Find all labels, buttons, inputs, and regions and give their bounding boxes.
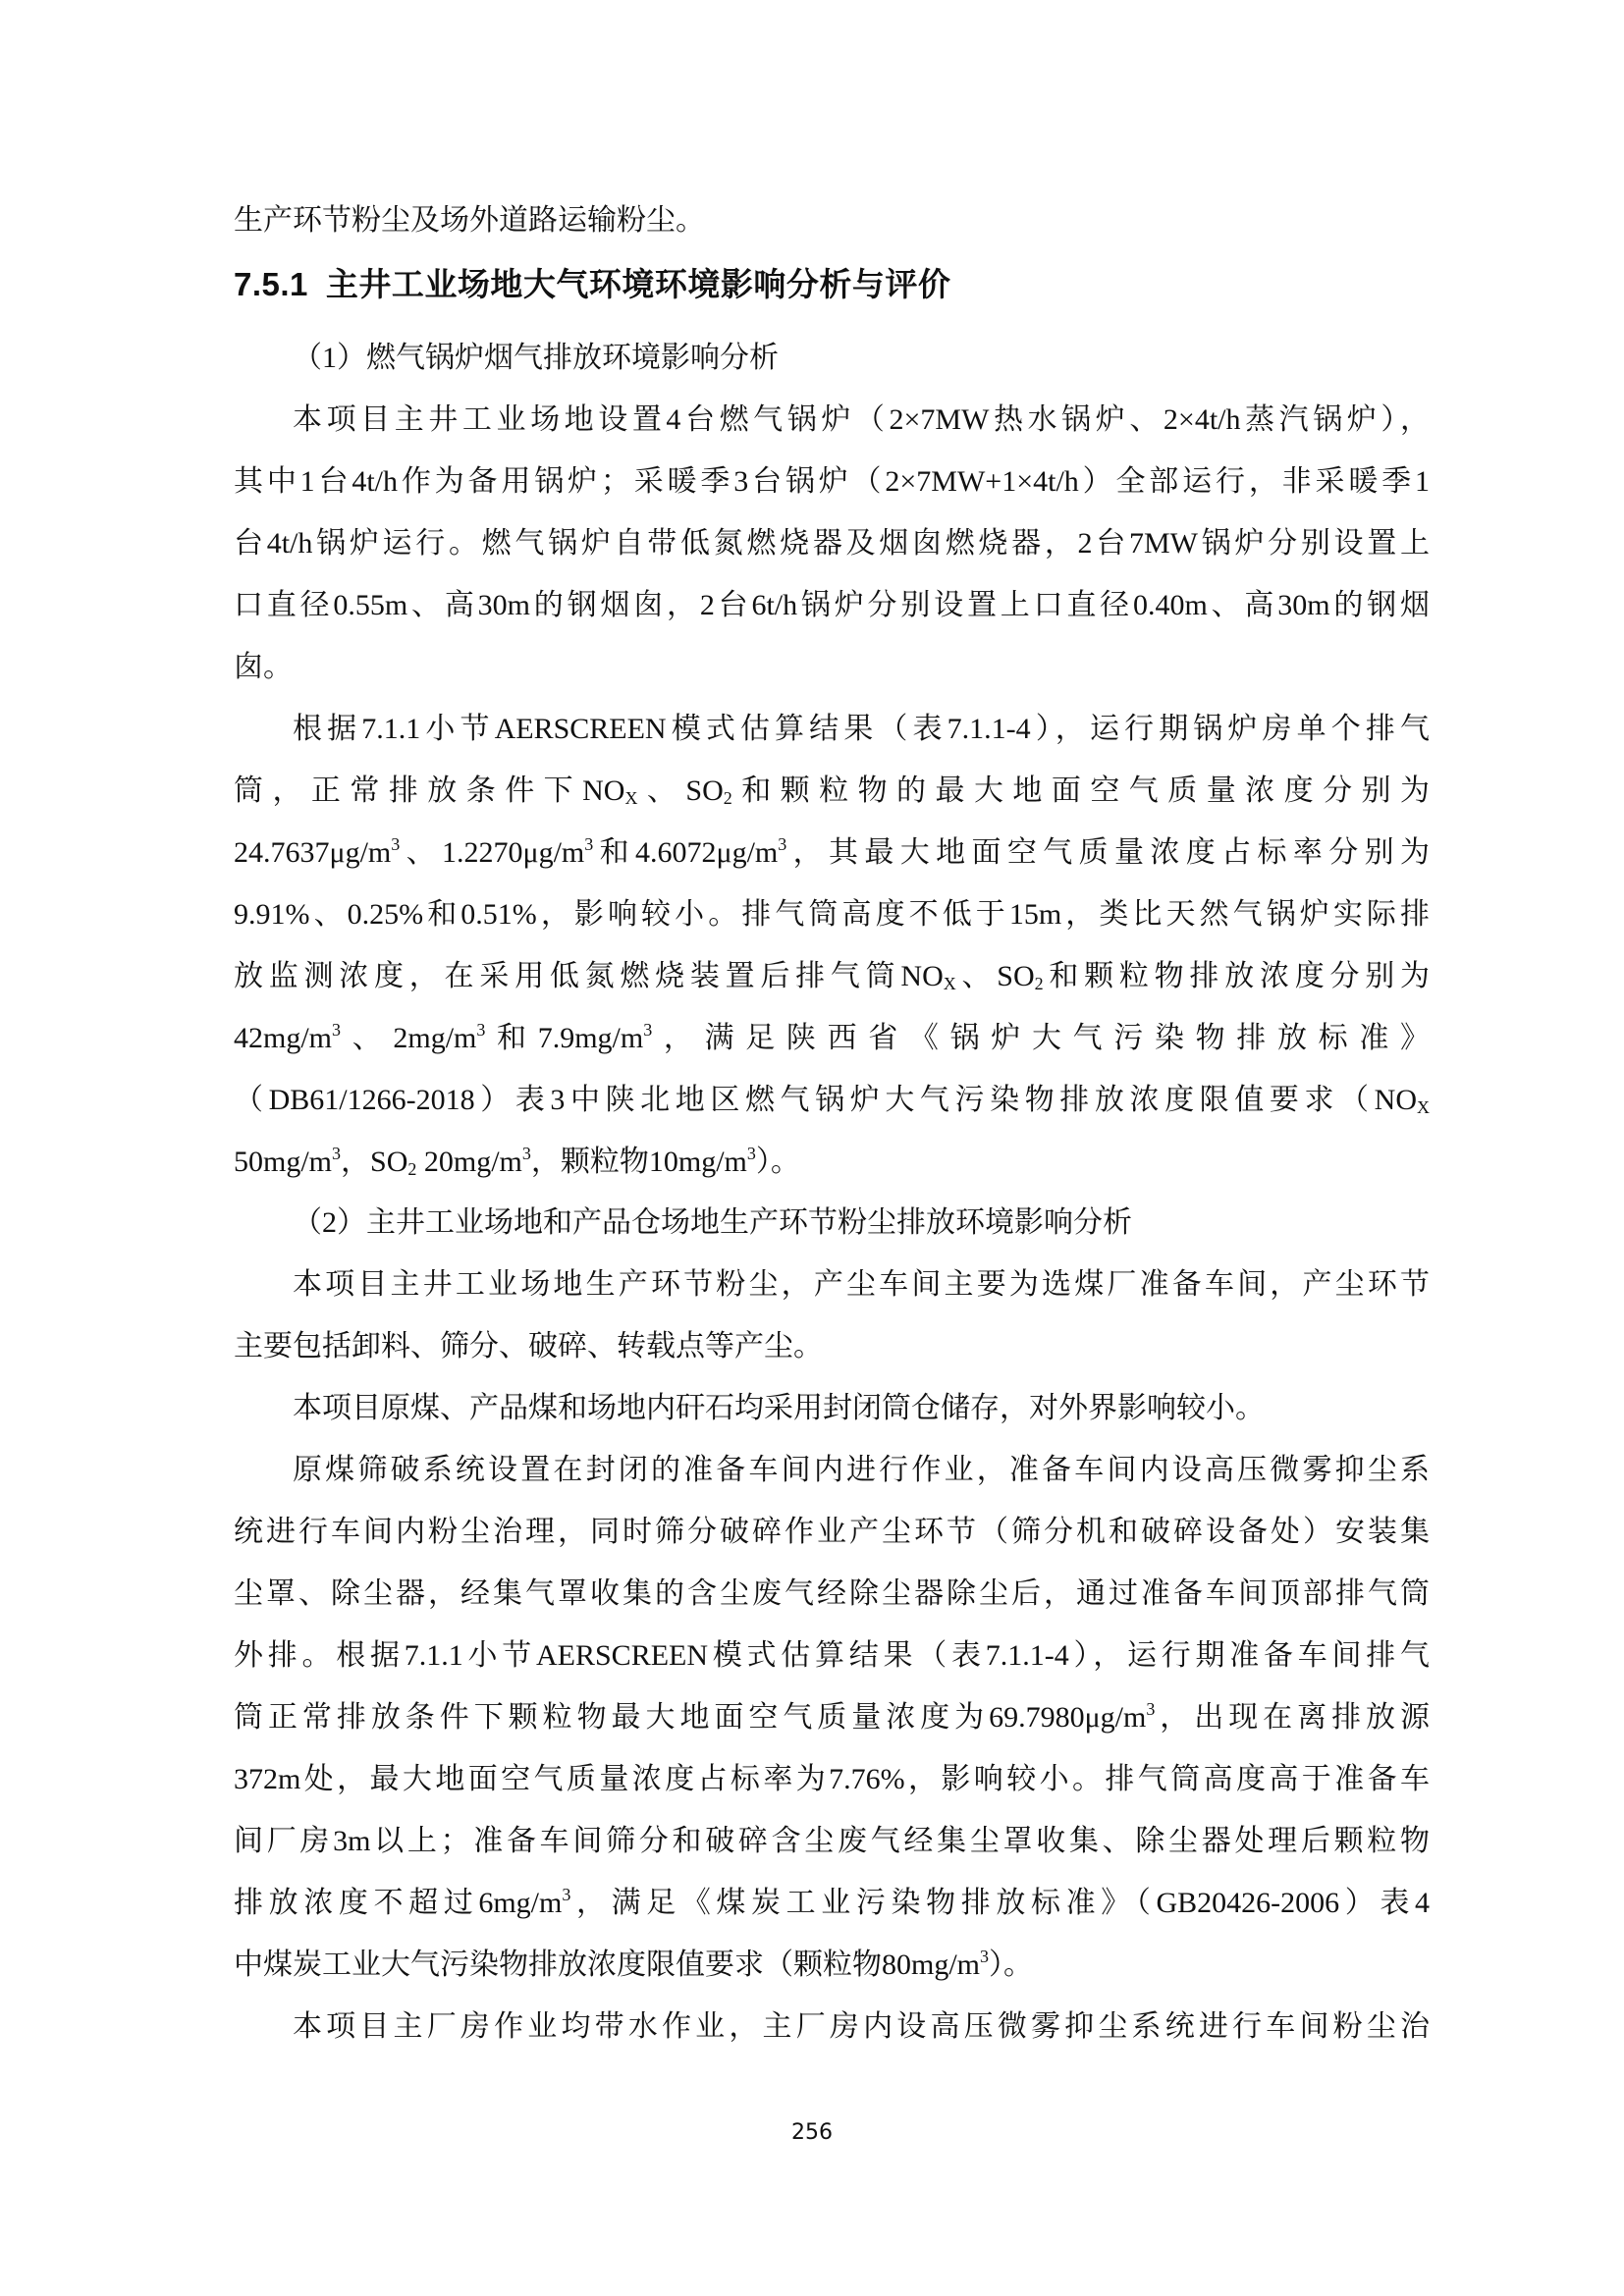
paragraph-line: 372m处，最大地面空气质量浓度占标率为7.76%，影响较小。排气筒高度高于准备… [234,1760,1430,1799]
paragraph-line: 本项目原煤、产品煤和场地内矸石均采用封闭筒仓储存，对外界影响较小。 [293,1389,1430,1428]
section-heading: 7.5.1主井工业场地大气环境环境影响分析与评价 [234,265,1430,304]
section-title: 主井工业场地大气环境环境影响分析与评价 [326,266,951,302]
paragraph-line: 排放浓度不超过6mg/m3，满足《煤炭工业污染物排放标准》（GB20426-20… [234,1884,1430,1923]
paragraph-line: 原煤筛破系统设置在封闭的准备车间内进行作业，准备车间内设高压微雾抑尘系 [293,1451,1430,1490]
paragraph-line: 9.91%、0.25%和0.51%，影响较小。排气筒高度不低于15m，类比天然气… [234,895,1430,934]
paragraph-line: 尘罩、除尘器，经集气罩收集的含尘废气经除尘器除尘后，通过准备车间顶部排气筒 [234,1575,1430,1614]
paragraph-line: 其中1台4t/h作为备用锅炉；采暖季3台锅炉（2×7MW+1×4t/h）全部运行… [234,462,1430,502]
paragraph-line: 主要包括卸料、筛分、破碎、转载点等产尘。 [234,1327,1430,1366]
paragraph-line: （DB61/1266-2018）表3中陕北地区燃气锅炉大气污染物排放浓度限值要求… [234,1081,1430,1120]
paragraph-line: 本项目主厂房作业均带水作业，主厂房内设高压微雾抑尘系统进行车间粉尘治 [293,2007,1430,2047]
paragraph-line: 24.7637μg/m3、1.2270μg/m3和4.6072μg/m3，其最大… [234,833,1430,873]
continuation-line: 生产环节粉尘及场外道路运输粉尘。 [234,201,1430,240]
paragraph-line: 中煤炭工业大气污染物排放浓度限值要求（颗粒物80mg/m3）。 [234,1946,1430,1985]
paragraph-line: 筒正常排放条件下颗粒物最大地面空气质量浓度为69.7980μg/m3，出现在离排… [234,1698,1430,1737]
paragraph-line: 外排。根据7.1.1小节AERSCREEN模式估算结果（表7.1.1-4），运行… [234,1636,1430,1676]
paragraph-line: 间厂房3m以上；准备车间筛分和破碎含尘废气经集尘罩收集、除尘器处理后颗粒物 [234,1822,1430,1861]
paragraph-line: 本项目主井工业场地生产环节粉尘，产尘车间主要为选煤厂准备车间，产尘环节 [293,1265,1430,1305]
section-number: 7.5.1 [234,266,308,302]
page-number: 256 [0,2120,1624,2145]
paragraph-line: 筒，正常排放条件下NOX、SO2和颗粒物的最大地面空气质量浓度分别为 [234,772,1430,811]
paragraph-line: 台4t/h锅炉运行。燃气锅炉自带低氮燃烧器及烟囱燃烧器，2台7MW锅炉分别设置上 [234,524,1430,563]
paragraph-line: 放监测浓度，在采用低氮燃烧装置后排气筒NOX、SO2和颗粒物排放浓度分别为 [234,957,1430,996]
paragraph-line: 口直径0.55m、高30m的钢烟囱，2台6t/h锅炉分别设置上口直径0.40m、… [234,586,1430,625]
document-page: 生产环节粉尘及场外道路运输粉尘。 7.5.1主井工业场地大气环境环境影响分析与评… [0,0,1624,2296]
subsection-heading-1: （1）燃气锅炉烟气排放环境影响分析 [293,339,1489,378]
subsection-heading-2: （2）主井工业场地和产品仓场地生产环节粉尘排放环境影响分析 [293,1203,1489,1243]
paragraph-line: 本项目主井工业场地设置4台燃气锅炉（2×7MW热水锅炉、2×4t/h蒸汽锅炉）， [293,400,1430,440]
paragraph-line: 囱。 [234,648,1430,687]
paragraph-line: 根据7.1.1小节AERSCREEN模式估算结果（表7.1.1-4），运行期锅炉… [293,710,1430,749]
paragraph-line: 统进行车间内粉尘治理，同时筛分破碎作业产尘环节（筛分机和破碎设备处）安装集 [234,1513,1430,1552]
paragraph-line: 42mg/m3、2mg/m3和7.9mg/m3，满足陕西省《锅炉大气污染物排放标… [234,1019,1430,1058]
paragraph-line: 50mg/m3，SO2 20mg/m3，颗粒物10mg/m3）。 [234,1143,1430,1182]
